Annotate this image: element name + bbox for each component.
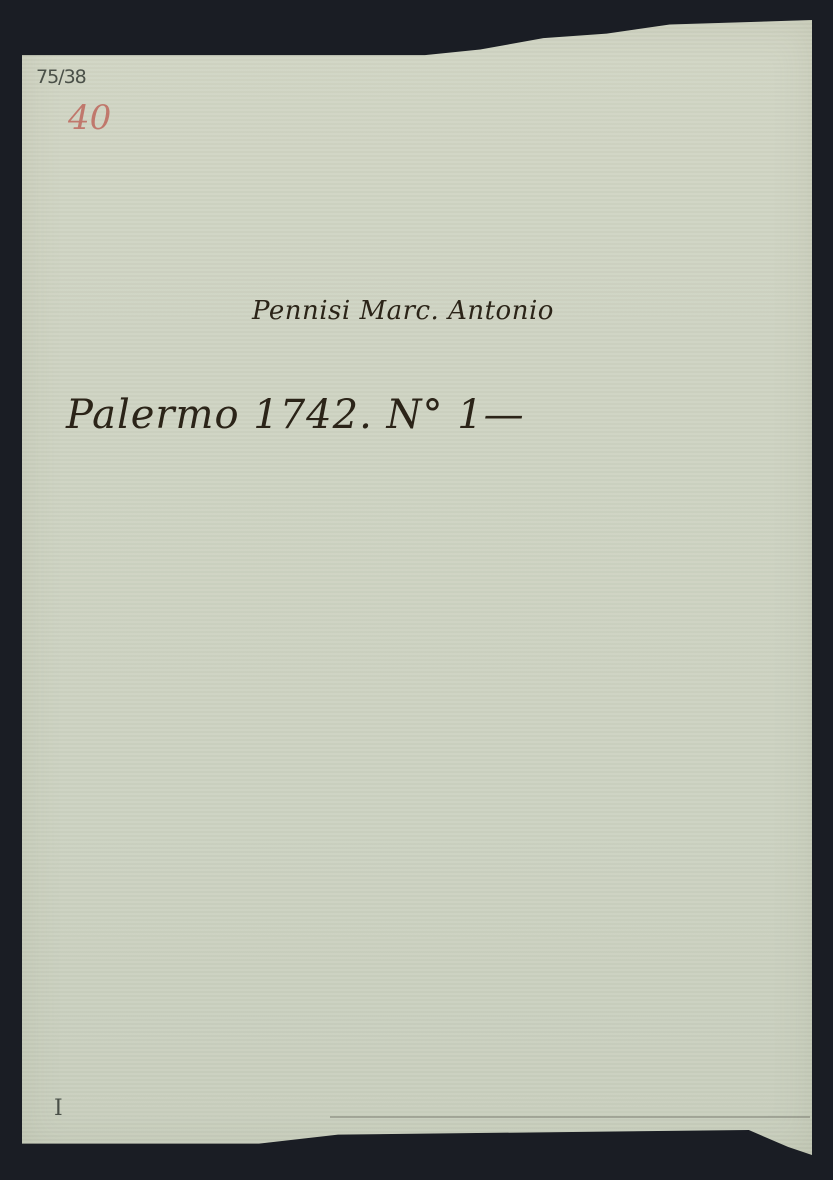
name-line: Pennisi Marc. Antonio	[252, 296, 554, 326]
place-date-line: Palermo 1742. N° 1—	[66, 392, 525, 438]
document-page	[22, 20, 812, 1155]
paper-fold	[330, 1116, 810, 1118]
archive-number: 75/38	[36, 66, 86, 88]
volume-mark: I	[54, 1096, 63, 1121]
folio-number: 40	[68, 98, 111, 138]
